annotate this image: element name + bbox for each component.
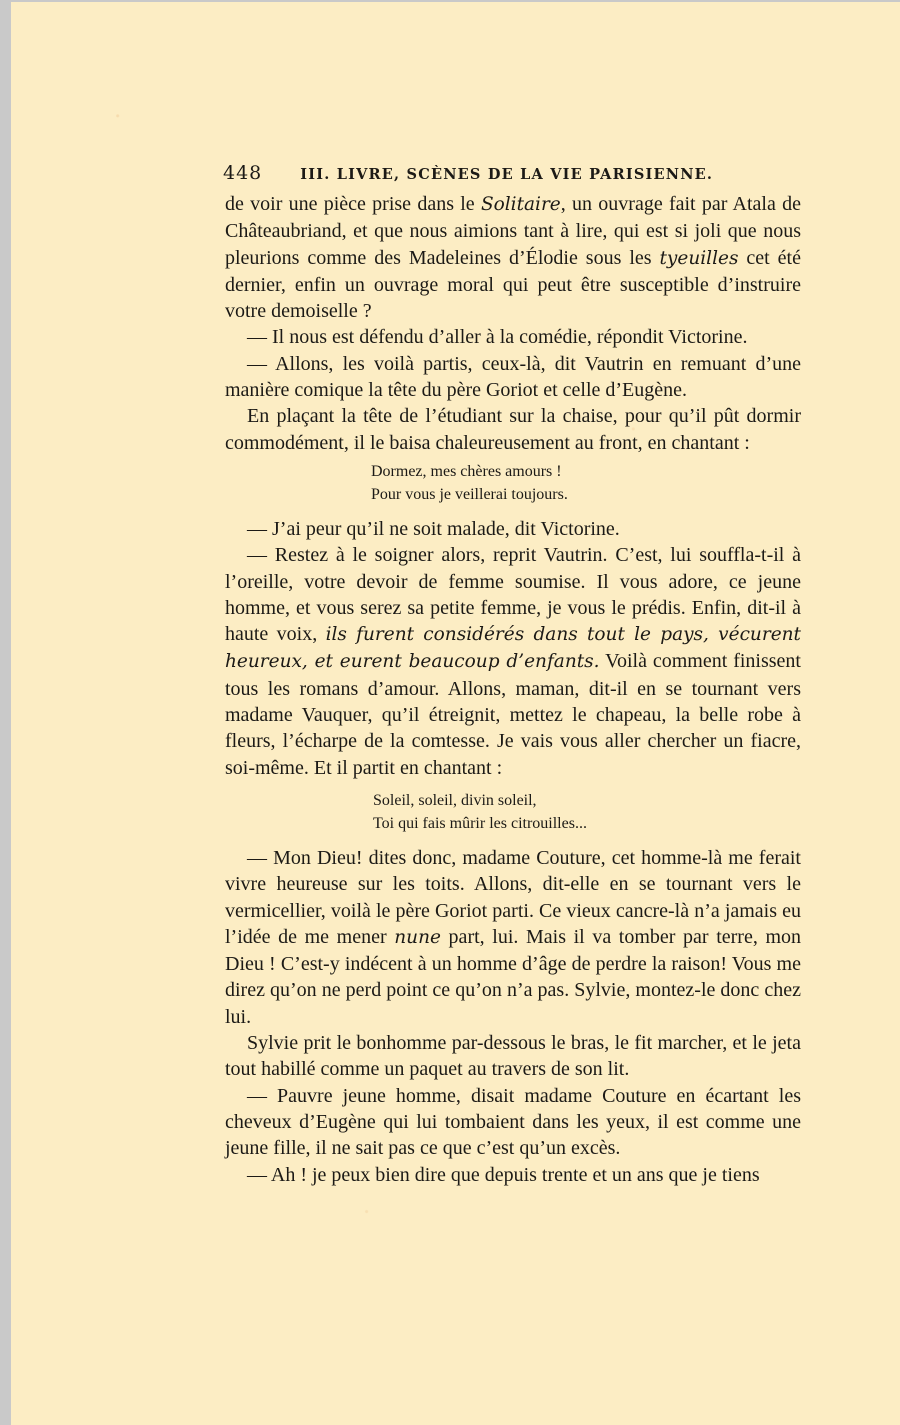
text-segment: — J’ai peur qu’il ne soit malade, dit Vi… — [247, 518, 620, 540]
verse-line: Pour vous je veillerai toujours. — [371, 483, 801, 506]
verse-block: Soleil, soleil, divin soleil,Toi qui fai… — [225, 789, 801, 835]
book-page: 448 III. LIVRE, SCÈNES DE LA VIE PARISIE… — [11, 2, 900, 1425]
verse-line: Toi qui fais mûrir les citrouilles... — [373, 812, 801, 835]
text-segment: Sylvie prit le bonhomme par-dessous le b… — [225, 1032, 801, 1080]
text-segment: — Allons, les voilà partis, ceux-là, dit… — [225, 353, 801, 401]
running-title: III. LIVRE, SCÈNES DE LA VIE PARISIENNE. — [300, 166, 713, 183]
paragraph: — Restez à le soigner alors, reprit Vaut… — [225, 542, 801, 781]
page-header: 448 III. LIVRE, SCÈNES DE LA VIE PARISIE… — [223, 162, 801, 184]
verse-line: Soleil, soleil, divin soleil, — [373, 789, 801, 812]
paragraph: — J’ai peur qu’il ne soit malade, dit Vi… — [225, 516, 801, 542]
italic-text: nune — [394, 927, 441, 948]
paragraph: — Allons, les voilà partis, ceux-là, dit… — [225, 351, 801, 404]
body-text: de voir une pièce prise dans le Solitair… — [225, 191, 801, 1188]
paragraph: — Ah ! je peux bien dire que depuis tren… — [225, 1162, 801, 1188]
paragraph: — Mon Dieu! dites donc, madame Couture, … — [225, 845, 801, 1030]
verse-line: Dormez, mes chères amours ! — [371, 460, 801, 483]
text-segment: En plaçant la tête de l’étudiant sur la … — [225, 405, 801, 453]
page-number: 448 — [223, 162, 262, 184]
italic-text: tyeuilles — [660, 248, 739, 269]
italic-text: Solitaire — [481, 194, 561, 215]
text-segment: de voir une pièce prise dans le — [225, 193, 481, 215]
paragraph: — Il nous est défendu d’aller à la coméd… — [225, 324, 801, 350]
text-segment: — Il nous est défendu d’aller à la coméd… — [247, 326, 748, 348]
paragraph: — Pauvre jeune homme, disait madame Cout… — [225, 1083, 801, 1162]
text-segment: — Ah ! je peux bien dire que depuis tren… — [247, 1164, 760, 1186]
verse-block: Dormez, mes chères amours !Pour vous je … — [225, 460, 801, 506]
paragraph: En plaçant la tête de l’étudiant sur la … — [225, 403, 801, 456]
paragraph: de voir une pièce prise dans le Solitair… — [225, 191, 801, 324]
paragraph: Sylvie prit le bonhomme par-dessous le b… — [225, 1030, 801, 1083]
text-segment: — Pauvre jeune homme, disait madame Cout… — [225, 1085, 801, 1160]
